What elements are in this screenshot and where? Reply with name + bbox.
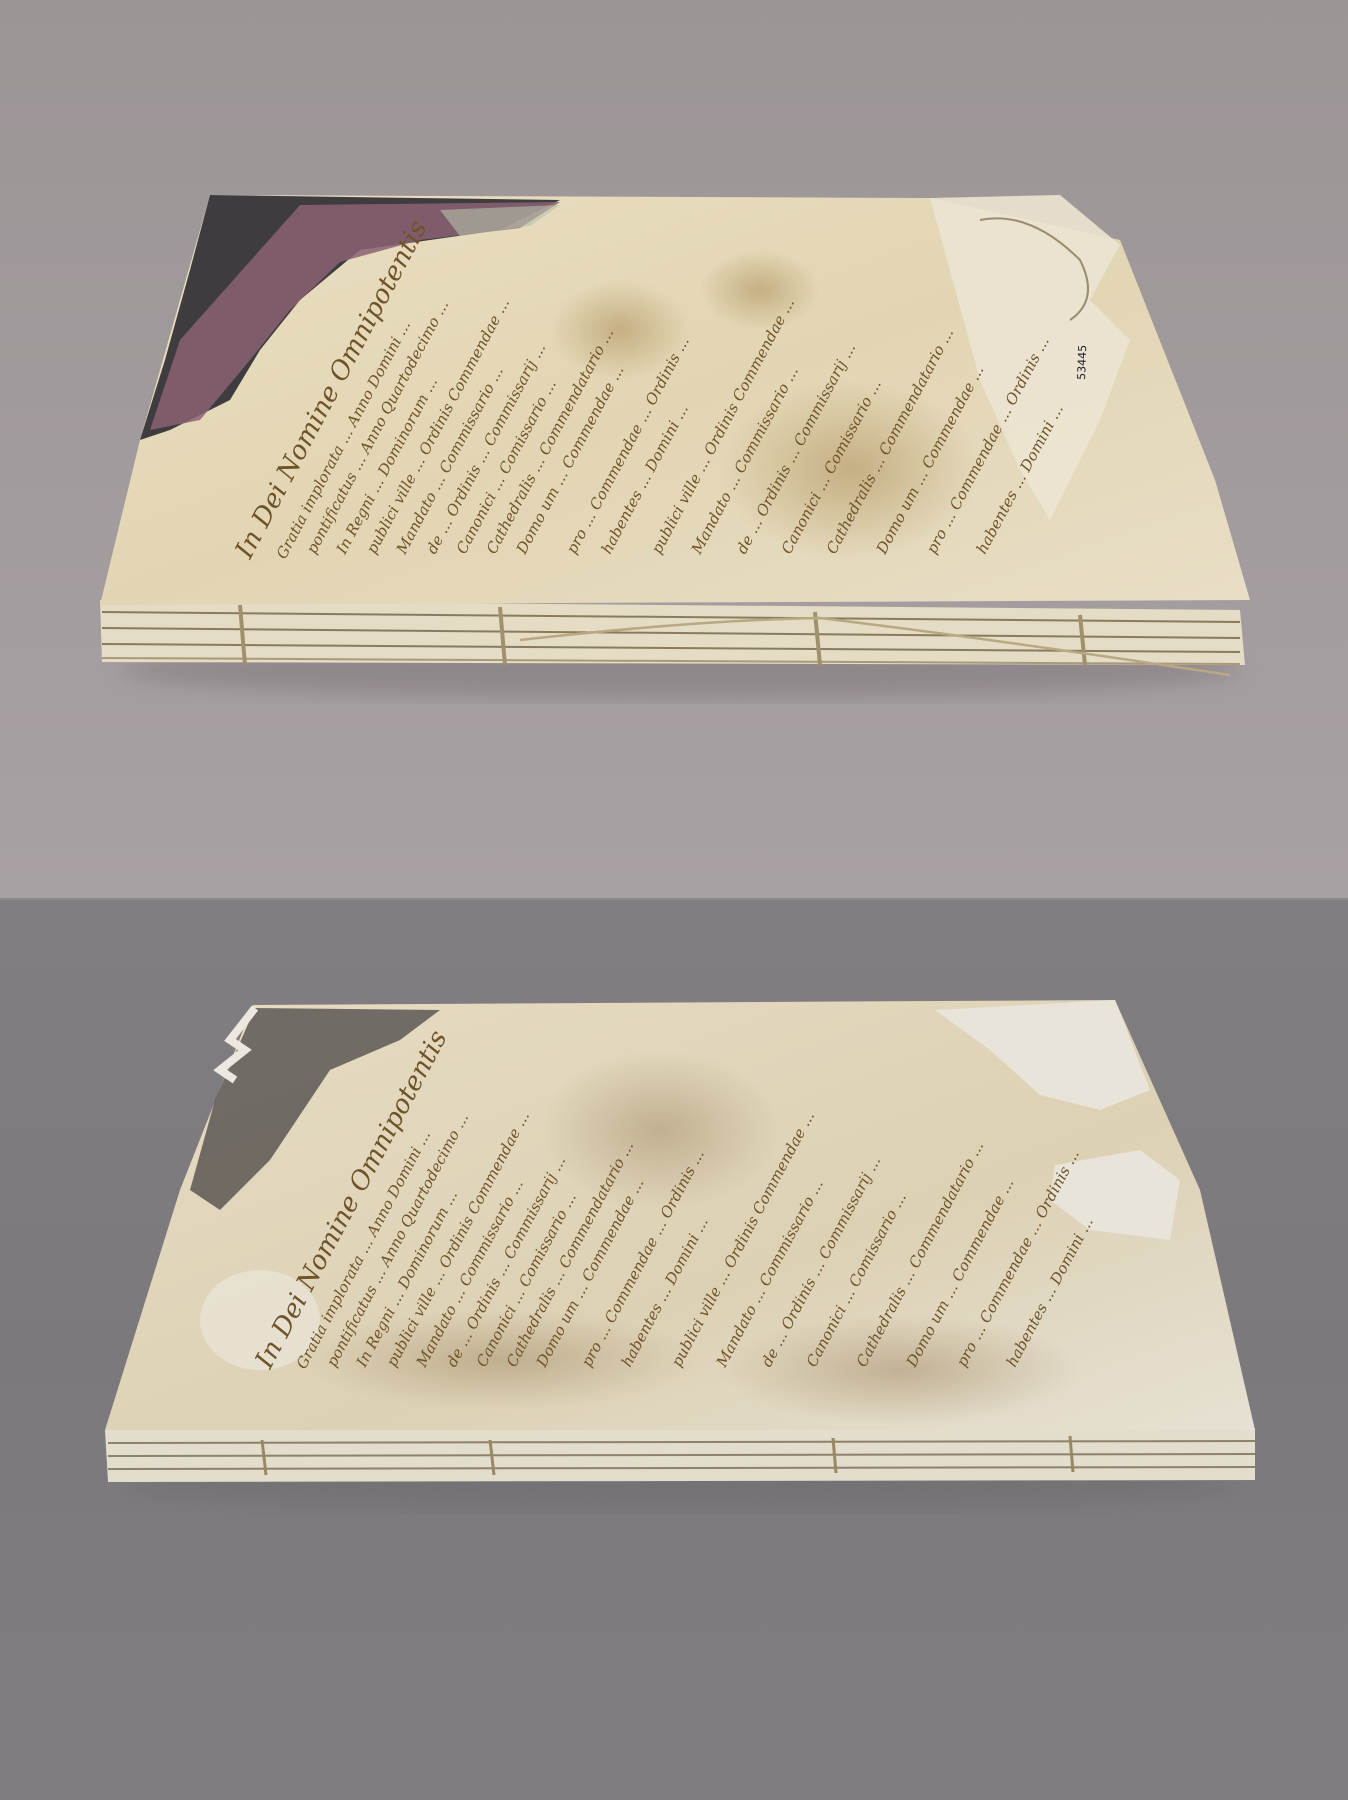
catalog-number-label: 53445 <box>1075 345 1089 380</box>
photo-before-treatment: In Dei Nomine Omnipotentis Gratia implor… <box>0 0 1348 900</box>
book-spine-after <box>105 1428 1255 1482</box>
manuscript-after-illustration: In Dei Nomine Omnipotentis Gratia implor… <box>0 900 1348 1800</box>
book-spine-before <box>100 600 1245 665</box>
photo-after-treatment: In Dei Nomine Omnipotentis Gratia implor… <box>0 900 1348 1800</box>
manuscript-before-illustration: In Dei Nomine Omnipotentis Gratia implor… <box>0 0 1348 900</box>
